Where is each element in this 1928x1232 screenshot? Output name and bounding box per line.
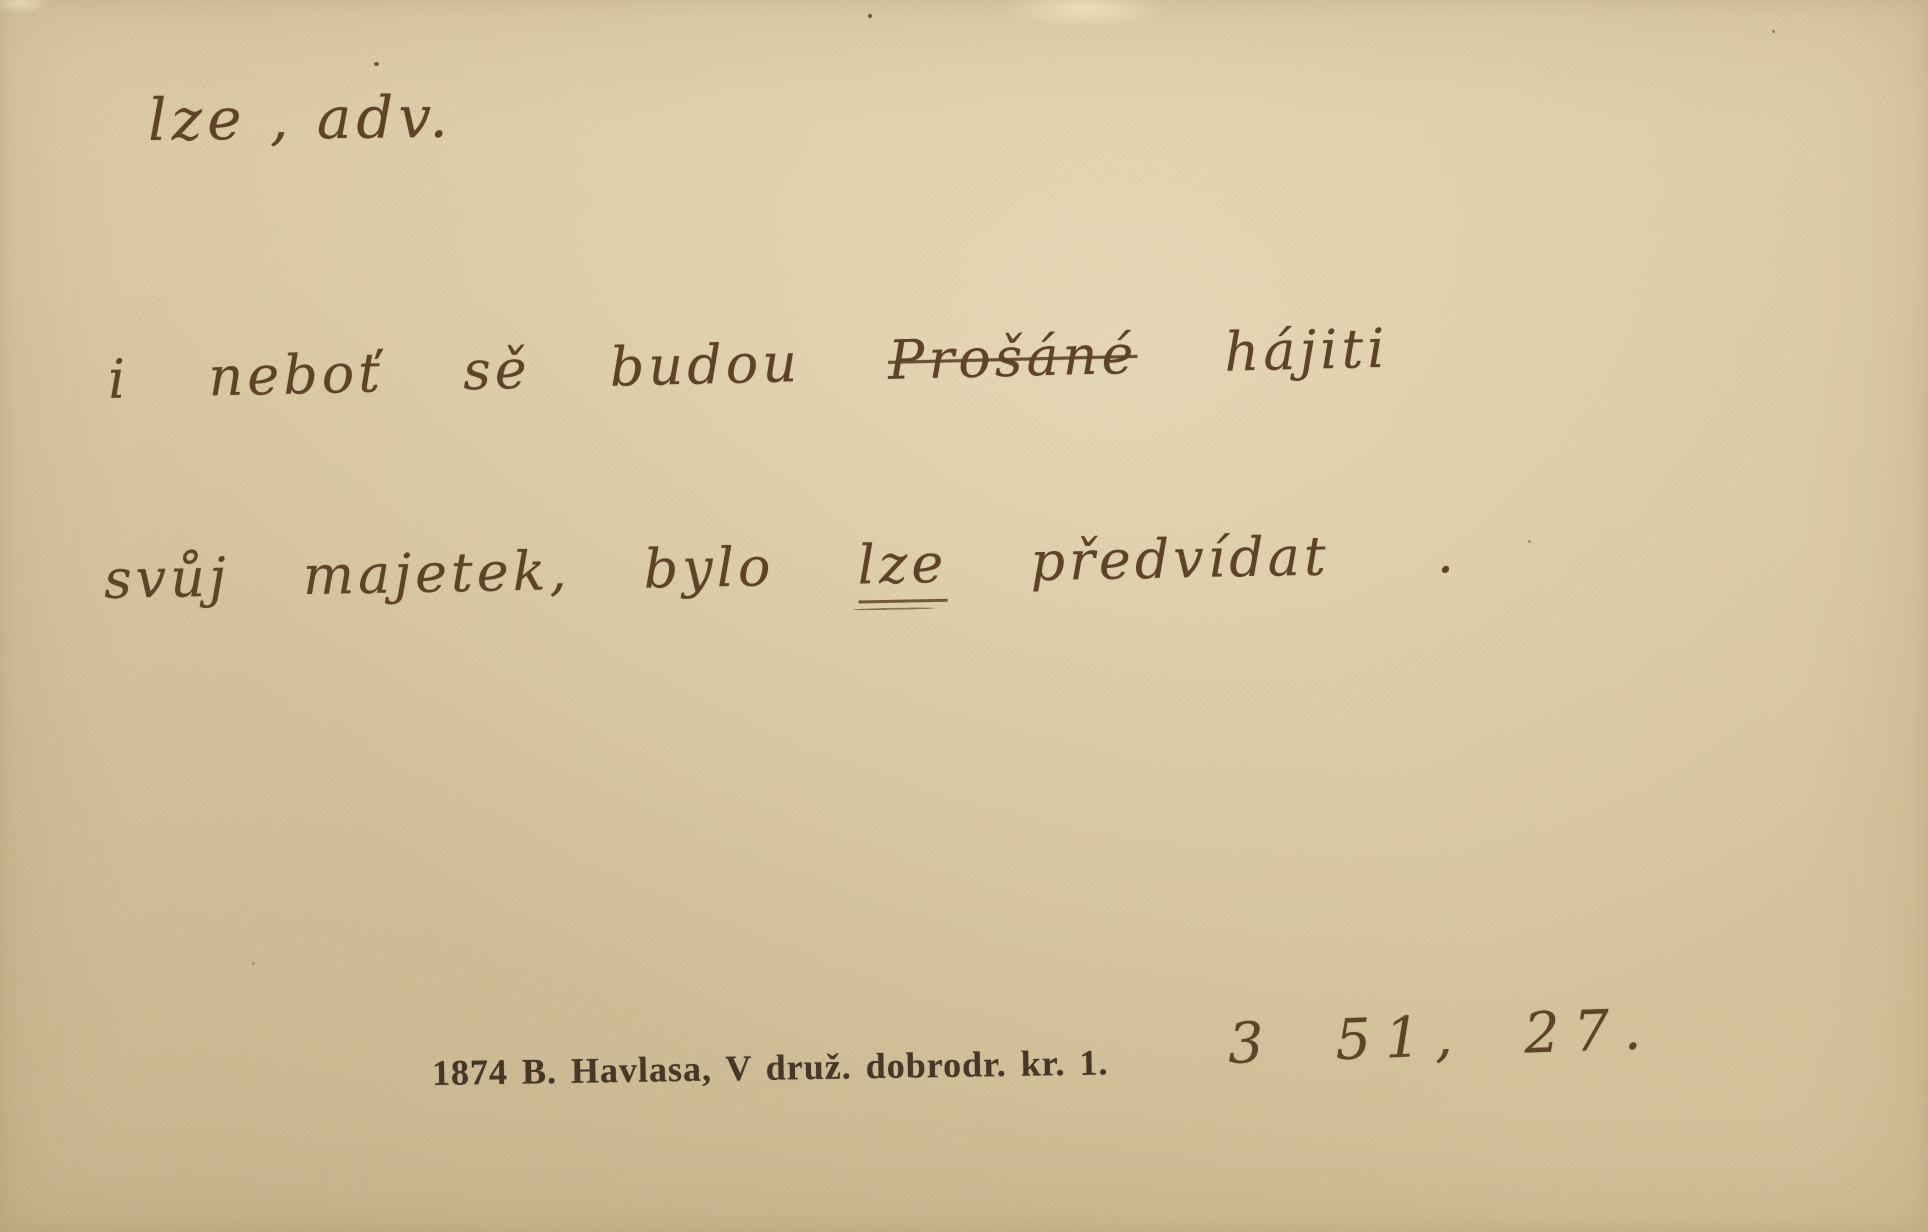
paper-edge-wear bbox=[1005, 0, 1165, 28]
quote-line2-end: předvídat bbox=[1030, 524, 1330, 593]
quote-line2-start: svůj majetek, bylo bbox=[103, 535, 775, 611]
underlined-word: lze bbox=[857, 532, 948, 604]
quote-line1-end: hájiti bbox=[1224, 317, 1389, 384]
citation-stamp: 1874 B. Havlasa, V druž. dobrodr. kr. 1. bbox=[432, 1041, 1109, 1094]
reference-number: 3 51, 27. bbox=[1227, 997, 1656, 1077]
paper-speck bbox=[374, 62, 379, 66]
struck-word: Prošáné bbox=[887, 323, 1138, 392]
quote-line-1: i neboť sě budou Prošáné hájiti bbox=[107, 317, 1389, 411]
paper-speck bbox=[252, 962, 255, 965]
quote-line-2: svůj majetek, bylo lze předvídat . bbox=[103, 522, 1458, 611]
paper-edge-wear bbox=[0, 0, 52, 14]
sentence-period: . bbox=[1436, 522, 1458, 585]
paper-speck bbox=[1772, 30, 1775, 33]
paper-speck bbox=[868, 14, 872, 18]
headword: lze , adv. bbox=[148, 83, 453, 154]
excerpt-card: lze , adv. i neboť sě budou Prošáné háji… bbox=[0, 0, 1928, 1232]
quote-line1-start: i neboť sě budou bbox=[107, 331, 801, 411]
paper-speck bbox=[1528, 540, 1531, 543]
